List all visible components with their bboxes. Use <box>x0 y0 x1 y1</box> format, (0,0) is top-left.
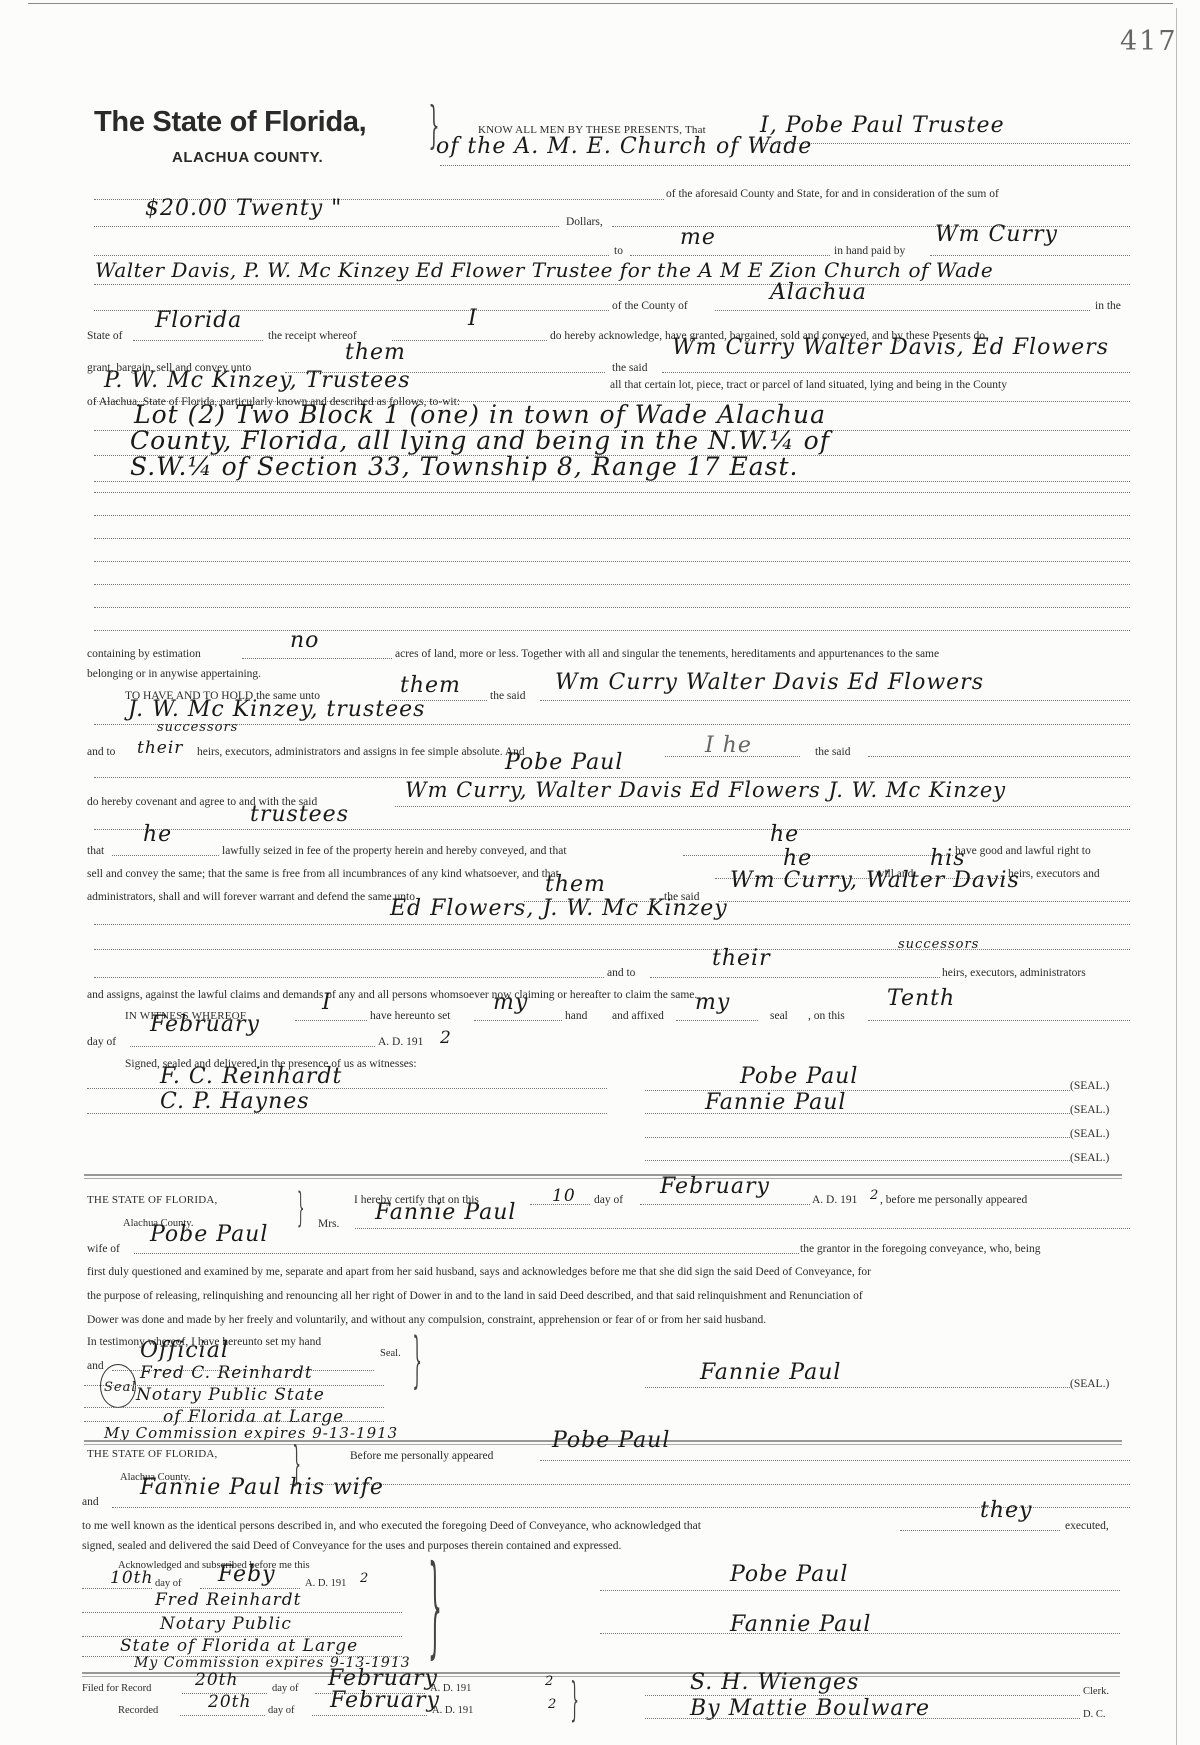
section-divider <box>84 1178 1122 1179</box>
to-handwritten: me <box>680 225 716 250</box>
and-line <box>112 1507 1130 1508</box>
set-line <box>474 1020 562 1021</box>
seal-label: (SEAL.) <box>1070 1378 1109 1390</box>
covenant-handwritten: Wm Curry, Walter Davis Ed Flowers J. W. … <box>405 778 1006 802</box>
covenant-line <box>395 806 1130 807</box>
month-line <box>130 1046 375 1047</box>
paid-by-line <box>930 255 1130 256</box>
habendum-grantees-line2-handwritten: J. W. Mc Kinzey, trustees <box>128 697 425 722</box>
seized-handwritten: he <box>770 822 799 847</box>
notary-handwritten: Fred C. Reinhardt <box>140 1363 313 1383</box>
recorded-year-handwritten: 2 <box>548 1697 557 1712</box>
signature-line-2 <box>645 1113 1070 1114</box>
receipt-whereof-label: the receipt whereof <box>268 330 357 342</box>
defend-line2 <box>94 924 1130 925</box>
containing-label: containing by estimation <box>87 648 201 660</box>
on-this-label: , on this <box>808 1010 845 1022</box>
aforesaid-text: of the aforesaid County and State, for a… <box>666 188 999 200</box>
ad-label: A. D. 191 <box>432 1705 473 1716</box>
the-said-label: the said <box>815 746 850 758</box>
to-line-left <box>94 255 609 256</box>
that-label: that <box>87 845 104 857</box>
set-handwritten: my <box>493 990 528 1015</box>
state-of-label: State of <box>87 330 122 342</box>
receipt-line <box>392 340 547 341</box>
grantor-text: the grantor in the foregoing conveyance,… <box>800 1243 1040 1255</box>
ack-signature-line <box>600 1590 1120 1591</box>
defend-names-line2-handwritten: Ed Flowers, J. W. Mc Kinzey <box>390 896 728 921</box>
legal-line-10 <box>94 630 1130 631</box>
ack-notary-line <box>82 1612 402 1613</box>
appeared-line <box>540 1460 1130 1461</box>
legal-description-line: S.W.¼ of Section 33, Township 8, Range 1… <box>130 452 799 481</box>
affixed-handwritten: my <box>695 990 730 1015</box>
notary-brace: } <box>428 1550 442 1660</box>
executed-label: executed, <box>1065 1520 1109 1532</box>
seal-label: seal <box>770 1010 788 1022</box>
state-heading: THE STATE OF FLORIDA, <box>87 1448 217 1460</box>
defend-unto-handwritten: them <box>545 872 606 897</box>
affixed-line <box>676 1020 758 1021</box>
and-label: and <box>87 1360 104 1372</box>
to-line <box>630 255 830 256</box>
filed-day-handwritten: 20th <box>195 1670 238 1690</box>
all-that-certain-text: all that certain lot, piece, tract or pa… <box>610 379 1007 391</box>
ack-day-line <box>82 1588 152 1589</box>
day-of-label: day of <box>272 1683 299 1694</box>
appeared-handwritten: Pobe Paul <box>552 1428 670 1453</box>
clerk-label: Clerk. <box>1083 1686 1109 1697</box>
signed-delivered-text: signed, sealed and delivered the said De… <box>82 1540 621 1552</box>
heirs-exec-text: heirs, executors and <box>1008 868 1100 880</box>
dower-signature-line <box>645 1387 1070 1388</box>
legal-description-line: Lot (2) Two Block 1 (one) in town of Wad… <box>134 400 826 429</box>
covenant-line2 <box>94 829 1130 830</box>
state-brace: } <box>297 1188 305 1228</box>
signature-line-4 <box>645 1160 1070 1161</box>
well-known-text: to me well known as the identical person… <box>82 1520 701 1532</box>
to-label: to <box>614 245 623 257</box>
section-divider <box>84 1174 1122 1176</box>
seal-label: (SEAL.) <box>1070 1080 1109 1092</box>
grantees-handwritten: Wm Curry Walter Davis, Ed Flowers <box>672 335 1109 360</box>
day-of-label: day of <box>268 1705 295 1716</box>
dower-signature: Fannie Paul <box>700 1360 841 1385</box>
grantor-signature: Fannie Paul <box>705 1090 846 1115</box>
seal-label: Seal. <box>380 1348 401 1359</box>
day-of-label: day of <box>87 1036 116 1048</box>
in-the-label: in the <box>1095 300 1121 312</box>
before-me-text: Before me personally appeared <box>350 1450 493 1462</box>
paid-by-line2 <box>94 284 1130 285</box>
wife-of-label: wife of <box>87 1243 120 1255</box>
page-edge-top <box>28 3 1173 4</box>
page-edge-right <box>1176 8 1177 1745</box>
mrs-label: Mrs. <box>318 1218 339 1230</box>
dower-body-line: Dower was done and made by her freely an… <box>87 1314 766 1326</box>
habendum-grantees-line <box>540 700 1130 701</box>
legal-line-7 <box>94 561 1130 562</box>
dower-day-handwritten: 10 <box>552 1186 576 1206</box>
day-of-label: day of <box>594 1194 623 1206</box>
state-handwritten: Florida <box>155 308 242 333</box>
witness-line-2 <box>87 1113 607 1114</box>
recorded-month-line <box>312 1715 427 1716</box>
belonging-text: belonging or in anywise appertaining. <box>87 668 261 680</box>
paid-by-line2-handwritten: Walter Davis, P. W. Mc Kinzey Ed Flower … <box>95 258 993 282</box>
witness-line <box>295 1020 367 1021</box>
and-to-label: and to <box>607 967 635 979</box>
sum-handwritten: $20.00 Twenty " <box>145 196 342 221</box>
recorded-day-handwritten: 20th <box>208 1692 251 1712</box>
they-line <box>900 1530 1060 1531</box>
state-heading: THE STATE OF FLORIDA, <box>87 1194 217 1206</box>
day-of-label: day of <box>155 1578 182 1589</box>
ack-signature: Pobe Paul <box>730 1562 848 1587</box>
wife-of-line <box>134 1253 799 1254</box>
county-handwritten: Alachua <box>770 280 867 305</box>
deputy-label: D. C. <box>1083 1709 1105 1720</box>
seized-line <box>683 855 953 856</box>
sum-line <box>94 226 559 227</box>
official-handwritten: Official <box>140 1338 229 1363</box>
seal-label: (SEAL.) <box>1070 1104 1109 1116</box>
covenant-line2-handwritten: trustees <box>250 802 349 827</box>
ack-notary-handwritten: Notary Public <box>160 1614 292 1634</box>
legal-line-9 <box>94 607 1130 608</box>
dower-day-line <box>530 1204 590 1205</box>
and-handwritten: I he <box>705 733 752 758</box>
habendum-unto-handwritten: them <box>400 673 461 698</box>
recorded-day-line <box>180 1715 265 1716</box>
dower-year-handwritten: 2 <box>870 1188 879 1203</box>
year-handwritten: 2 <box>440 1028 452 1048</box>
in-hand-paid-label: in hand paid by <box>834 245 905 257</box>
legal-description-line: County, Florida, all lying and being in … <box>130 426 830 455</box>
grantor-signature: Pobe Paul <box>740 1064 858 1089</box>
that-line <box>112 855 219 856</box>
their2-handwritten: their <box>712 946 771 971</box>
recording-brace: } <box>570 1676 579 1722</box>
and-handwritten: Fannie Paul his wife <box>140 1475 384 1500</box>
day-handwritten: Tenth <box>887 986 955 1011</box>
defend-names-line <box>718 901 1130 902</box>
grantees-line <box>662 372 1130 373</box>
seal-label: (SEAL.) <box>1070 1152 1109 1164</box>
dower-body-line: the purpose of releasing, relinquishing … <box>87 1290 863 1302</box>
filed-for-record-label: Filed for Record <box>82 1683 151 1694</box>
receipt-handwritten: I <box>468 306 478 331</box>
and-line <box>665 756 800 757</box>
hand-label: hand <box>565 1010 587 1022</box>
ack-month-handwritten: Feby <box>218 1562 276 1587</box>
and-affixed-label: and affixed <box>612 1010 664 1022</box>
recorded-month-handwritten: February <box>330 1688 440 1713</box>
successors-handwritten: successors <box>157 720 238 735</box>
lawfully-seized-text: lawfully seized in fee of the property h… <box>222 845 567 857</box>
their-handwritten: their <box>137 738 183 758</box>
mrs-line <box>355 1228 1130 1229</box>
legal-line-6 <box>94 538 1130 539</box>
administrators-text: administrators, shall and will forever w… <box>87 891 415 903</box>
successors2-handwritten: successors <box>898 937 979 952</box>
month-handwritten: February <box>150 1012 260 1037</box>
ack-year-handwritten: 2 <box>360 1571 369 1586</box>
legal-line-8 <box>94 584 1130 585</box>
acres-line <box>242 658 392 659</box>
recorded-label: Recorded <box>118 1705 158 1716</box>
witness-handwritten: I <box>322 990 332 1015</box>
unto-handwritten: them <box>345 340 406 365</box>
have-hereunto-label: have hereunto set <box>370 1010 450 1022</box>
page-number: 417 <box>1120 26 1178 57</box>
of-county-label: of the County of <box>612 300 688 312</box>
before-me-text: , before me personally appeared <box>880 1194 1027 1206</box>
the-said-label: the said <box>612 362 647 374</box>
dower-month-handwritten: February <box>660 1174 770 1199</box>
ad-label: A. D. 191 <box>305 1578 346 1589</box>
grantor-line2 <box>440 165 1130 166</box>
and-to-label: and to <box>87 746 115 758</box>
notary-brace: } <box>412 1330 422 1390</box>
clerk-signature: S. H. Wienges <box>690 1670 859 1695</box>
filed-year-handwritten: 2 <box>545 1674 554 1689</box>
notary-line <box>84 1421 384 1422</box>
that-handwritten: he <box>143 822 172 847</box>
ack-month-line <box>200 1588 300 1589</box>
dower-month-line <box>640 1204 810 1205</box>
defend-names-handwritten: Wm Curry, Walter Davis <box>730 868 1020 893</box>
habendum-line2 <box>94 724 1130 725</box>
they-handwritten: they <box>980 1498 1032 1523</box>
ad-label: A. D. 191 <box>812 1194 857 1206</box>
and-to-line-left <box>94 977 604 978</box>
seal-label: (SEAL.) <box>1070 1128 1109 1140</box>
stamp-handwritten: Seal <box>104 1380 137 1395</box>
deputy-line <box>645 1718 1080 1719</box>
witness-signature: C. P. Haynes <box>160 1089 310 1114</box>
signature-line-3 <box>645 1137 1070 1138</box>
their2-line <box>650 977 940 978</box>
acres-text: acres of land, more or less. Together wi… <box>395 648 939 660</box>
legal-line-4 <box>94 492 1130 493</box>
ack-notary-handwritten: Fred Reinhardt <box>155 1590 301 1610</box>
county-line <box>715 310 1090 311</box>
and-label: and <box>82 1496 99 1508</box>
legal-line-3 <box>94 481 1130 482</box>
ack-notary-handwritten: State of Florida at Large <box>120 1636 358 1656</box>
dollars-label: Dollars, <box>566 216 603 228</box>
wife-of-handwritten: Pobe Paul <box>150 1222 268 1247</box>
day-line <box>868 1020 1130 1021</box>
deed-page: 417 The State of Florida, ALACHUA COUNTY… <box>0 0 1200 1745</box>
habendum-grantees-handwritten: Wm Curry Walter Davis Ed Flowers <box>555 670 984 695</box>
the-said-line <box>868 756 1130 757</box>
sell-convey-text: sell and convey the same; that the same … <box>87 868 559 880</box>
the-said-label: the said <box>490 690 525 702</box>
dower-body-line: first duly questioned and examined by me… <box>87 1266 871 1278</box>
and-assigns-text: and assigns, against the lawful claims a… <box>87 989 697 1001</box>
witness-signature: F. C. Reinhardt <box>160 1064 342 1089</box>
have-good-text: have good and lawful right to <box>955 845 1091 857</box>
acres-handwritten: no <box>290 628 319 653</box>
grantor-line2-handwritten: of the A. M. E. Church of Wade <box>436 134 812 159</box>
mrs-handwritten: Fannie Paul <box>375 1200 516 1225</box>
habendum-grantor-handwritten: Pobe Paul <box>505 750 623 775</box>
state-line <box>133 340 263 341</box>
ack-day-handwritten: 10th <box>110 1568 153 1588</box>
heirs-exec-admin-text: heirs, executors, administrators <box>942 967 1086 979</box>
blank-line <box>290 1484 1130 1485</box>
paid-by-handwritten: Wm Curry <box>935 222 1058 247</box>
heirs-text: heirs, executors, administrators and ass… <box>197 746 525 758</box>
county-heading: ALACHUA COUNTY. <box>172 149 323 166</box>
ad-label: A. D. 191 <box>378 1036 423 1048</box>
notary-handwritten: Notary Public State <box>136 1385 325 1405</box>
document-title: The State of Florida, <box>94 106 366 139</box>
legal-line-5 <box>94 515 1130 516</box>
ack-signature-line <box>600 1633 1120 1634</box>
